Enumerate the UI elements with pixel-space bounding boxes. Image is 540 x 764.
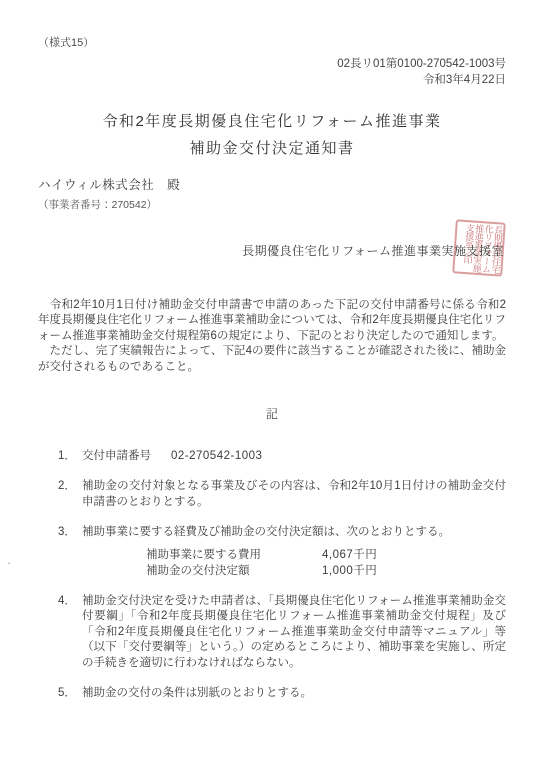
addressee: ハイウィル株式会社 殿	[38, 178, 506, 194]
form-label: （様式15）	[38, 36, 506, 52]
item-text: 補助金交付決定を受けた申請者は、「長期優良住宅化リフォーム推進事業補助金交付要綱…	[82, 594, 506, 672]
ki-heading: 記	[38, 407, 506, 423]
item-number: 5．	[58, 686, 82, 702]
body-paragraph-1: 令和2年10月1日付け補助金交付申請書で申請のあった下記の交付申請番号に係る令和…	[38, 298, 506, 345]
item-text: 補助金の交付対象となる事業及びその内容は、令和2年10月1日付けの補助金交付申請…	[82, 479, 506, 510]
cost-value: 1,000千円	[322, 563, 377, 579]
item-number: 2．	[58, 479, 82, 510]
item-number: 4．	[58, 594, 82, 672]
cost-label: 補助金の交付決定額	[146, 563, 322, 579]
cost-value: 4,067千円	[322, 547, 377, 563]
document-page: （様式15） 02長リ01第0100-270542-1003号 令和3年4月22…	[0, 0, 540, 764]
application-number-label: 交付申請番号	[82, 450, 151, 462]
stray-mark: ・	[5, 556, 13, 572]
list-item-4: 4． 補助金交付決定を受けた申請者は、「長期優良住宅化リフォーム推進事業補助金交…	[58, 594, 506, 672]
sender-row: 長期優良住宅化リフォーム推進事業実施支援室 長期優良住宅化リフォーム推進事業実施…	[38, 244, 506, 264]
document-number: 02長リ01第0100-270542-1003号	[38, 56, 506, 72]
sender-name: 長期優良住宅化リフォーム推進事業実施支援室	[242, 244, 506, 258]
item-text: 補助事業に要する経費及び補助金の交付決定額は、次のとおりとする。	[82, 525, 506, 541]
cost-row-expense: 補助事業に要する費用 4,067千円	[146, 547, 506, 563]
application-number-value: 02-270542-1003	[171, 450, 262, 462]
item-number: 1．	[58, 449, 82, 465]
list-item-5: 5． 補助金の交付の条件は別紙のとおりとする。	[58, 686, 506, 702]
list-item-3: 3． 補助事業に要する経費及び補助金の交付決定額は、次のとおりとする。	[58, 525, 506, 541]
title-line-2: 補助金交付決定通知書	[38, 135, 506, 162]
business-number: （事業者番号：270542）	[38, 198, 506, 214]
item-number: 3．	[58, 525, 82, 541]
cost-label: 補助事業に要する費用	[146, 547, 322, 563]
title-line-1: 令和2年度長期優良住宅化リフォーム推進事業	[38, 108, 506, 135]
item-text: 補助金の交付の条件は別紙のとおりとする。	[82, 686, 506, 702]
body-paragraph-2: ただし、完了実績報告によって、下記4の要件に該当することが確認された後に、補助金…	[38, 344, 506, 375]
document-title: 令和2年度長期優良住宅化リフォーム推進事業 補助金交付決定通知書	[38, 108, 506, 162]
body-text: 令和2年10月1日付け補助金交付申請書で申請のあった下記の交付申請番号に係る令和…	[38, 298, 506, 376]
cost-table: 補助事業に要する費用 4,067千円 補助金の交付決定額 1,000千円	[146, 547, 506, 579]
reference-block: 02長リ01第0100-270542-1003号 令和3年4月22日	[38, 56, 506, 88]
cost-row-grant: 補助金の交付決定額 1,000千円	[146, 563, 506, 579]
item-text: 交付申請番号02-270542-1003	[82, 449, 506, 465]
list-item-2: 2． 補助金の交付対象となる事業及びその内容は、令和2年10月1日付けの補助金交…	[58, 479, 506, 510]
document-date: 令和3年4月22日	[38, 72, 506, 88]
list-item-1: 1． 交付申請番号02-270542-1003	[58, 449, 506, 465]
